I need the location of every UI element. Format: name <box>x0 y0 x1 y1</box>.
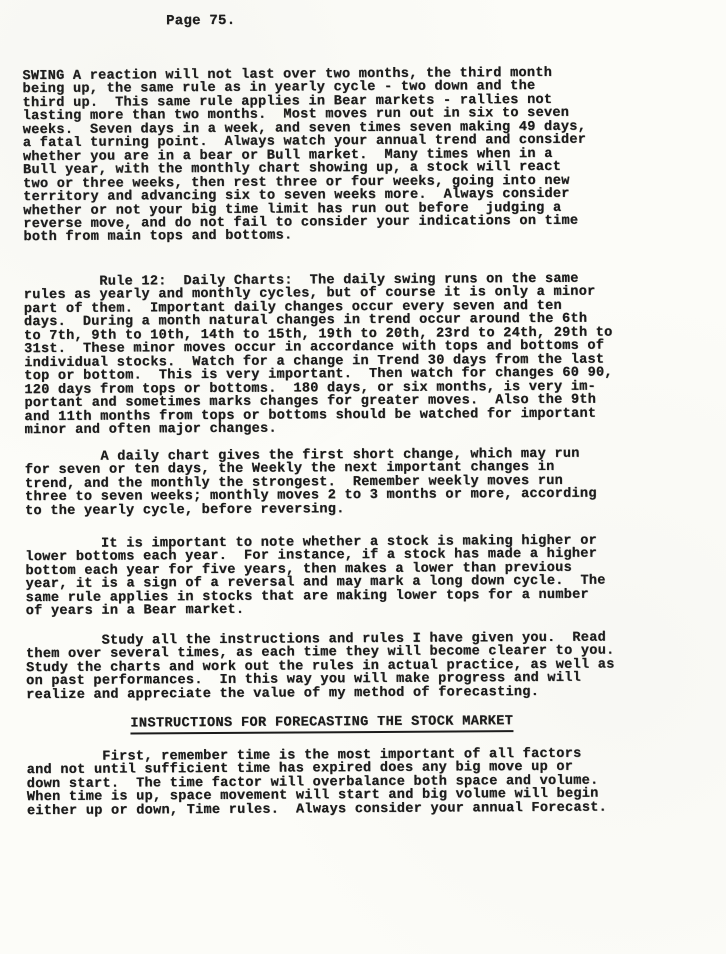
paragraph-study-instructions: Study all the instructions and rules I h… <box>26 632 615 703</box>
section-heading-instructions-for-forecasting: INSTRUCTIONS FOR FORECASTING THE STOCK M… <box>130 715 513 735</box>
scanned-document-screenshot: { "page": { "background_color": "#fcfcf8… <box>0 0 726 954</box>
paragraph-daily-chart-first-change: A daily chart gives the first short chan… <box>25 448 597 519</box>
paragraph-time-factor: First, remember time is the most importa… <box>27 748 608 819</box>
paragraph-rule-12-daily-charts: Rule 12: Daily Charts: The daily swing r… <box>24 273 614 438</box>
paragraph-swing-reaction: SWING A reaction will not last over two … <box>22 67 586 245</box>
document-page: Page 75. SWING A reaction will not last … <box>0 0 726 954</box>
page-number: Page 75. <box>166 15 235 29</box>
typed-sheet: Page 75. SWING A reaction will not last … <box>0 0 726 954</box>
paragraph-higher-lower-bottoms: It is important to note whether a stock … <box>25 535 606 619</box>
